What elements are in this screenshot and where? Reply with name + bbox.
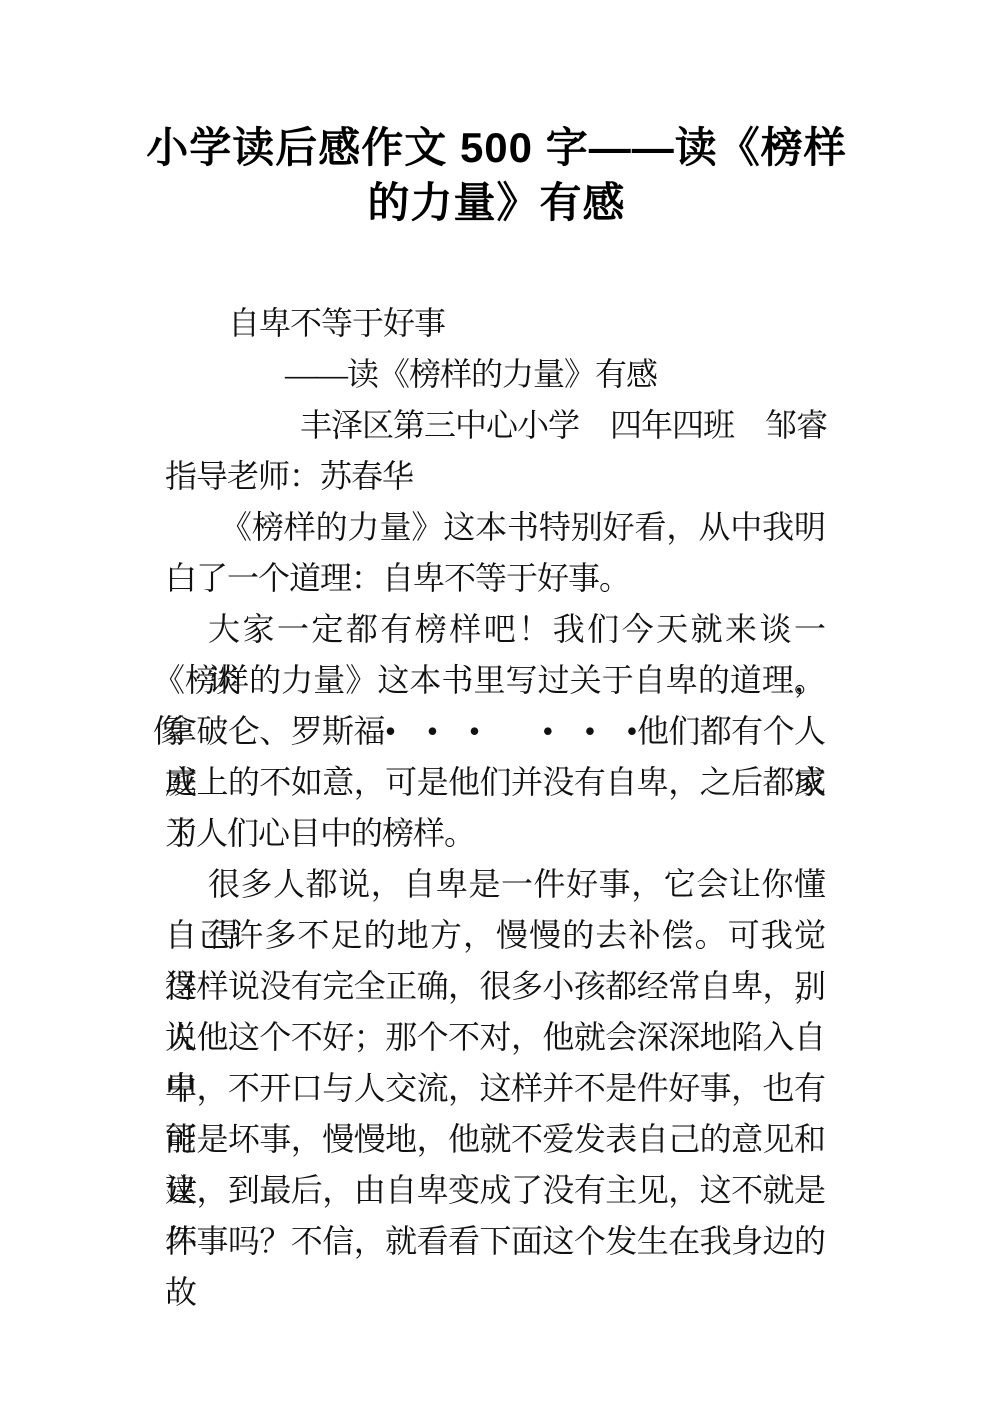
text-line: 丰泽区第三中心小学 四年四班 邹睿 [300,400,825,451]
text-line: 拿破仑、罗斯福• • • • • •他们都有个人或家 [165,706,825,757]
text-line: 很多人都说，自卑是一件好事，它会让你懂得 [208,859,825,910]
text-line: 议，到最后，由自卑变成了没有主见，这不就是件 [165,1165,825,1216]
text-line: 坏事吗？不信，就看看下面这个发生在我身边的故 [165,1216,825,1267]
page-title: 小学读后感作文 500 字——读《榜样的力量》有感 [0,120,993,230]
text-line: 了人们心目中的榜样。 [165,808,825,859]
text-line: 自卑不等于好事 [228,298,825,349]
text-line: 《榜样的力量》这本书特别好看，从中我明 [220,502,825,553]
title-line: 小学读后感作文 500 字——读《榜样 [0,120,993,175]
text-line: ——读《榜样的力量》有感 [285,349,825,400]
text-line: 中，不开口与人交流，这样并不是件好事，也有可 [165,1063,825,1114]
text-line: 能是坏事，慢慢地，他就不爱发表自己的意见和建 [165,1114,825,1165]
title-line: 的力量》有感 [0,175,993,230]
document-page: 小学读后感作文 500 字——读《榜样的力量》有感 自卑不等于好事——读《榜样的… [0,0,993,1404]
text-line: 说他这个不好；那个不对，他就会深深地陷入自卑 [165,1012,825,1063]
text-line: 自己许多不足的地方，慢慢的去补偿。可我觉得， [165,910,825,961]
text-line: 大家一定都有榜样吧！我们今天就来谈一谈。 [208,604,825,655]
document-body: 自卑不等于好事——读《榜样的力量》有感丰泽区第三中心小学 四年四班 邹睿指导老师… [0,298,825,1267]
text-line: 庭上的不如意，可是他们并没有自卑，之后都成为 [165,757,825,808]
text-line: 指导老师：苏春华 [165,451,825,502]
text-line: 这样说没有完全正确，很多小孩都经常自卑，别人 [165,961,825,1012]
text-line: 《榜样的力量》这本书里写过关于自卑的道理，像 [153,655,825,706]
text-line: 白了一个道理：自卑不等于好事。 [165,553,825,604]
